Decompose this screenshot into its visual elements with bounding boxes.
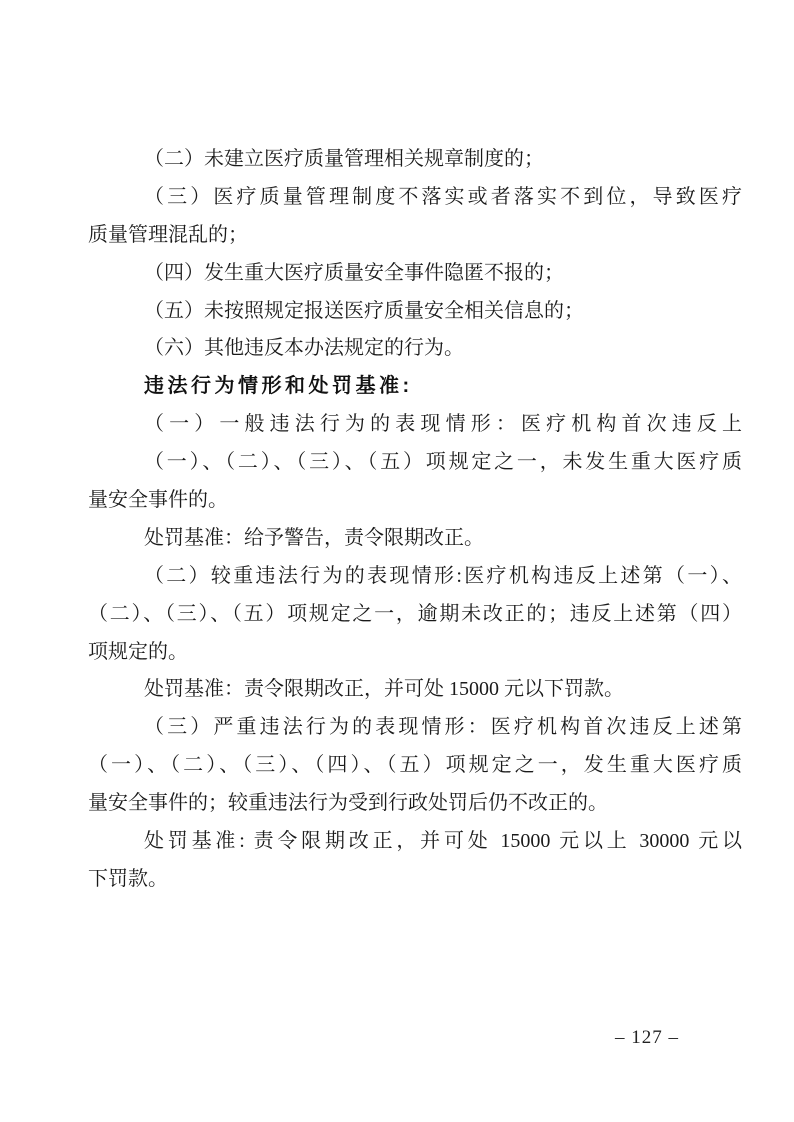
document-line: 量安全事件的；较重违法行为受到行政处罚后仍不改正的。 — [88, 785, 742, 823]
page-number: – 127 – — [607, 1026, 687, 1050]
text-block: （二）未建立医疗质量管理相关规章制度的； （三）医疗质量管理制度不落实或者落实不… — [88, 141, 742, 899]
document-line: 量安全事件的。 — [88, 482, 742, 520]
document-line: 质量管理混乱的； — [88, 217, 742, 255]
document-line: 下罚款。 — [88, 861, 742, 899]
section-heading: 违法行为情形和处罚基准: — [88, 368, 742, 406]
document-line: （一）、（二）、（三）、（四）、（五）项规定之一，发生重大医疗质 — [88, 747, 742, 785]
document-line: （三）医疗质量管理制度不落实或者落实不到位，导致医疗 — [88, 179, 742, 217]
document-line: 处罚基准: 责令限期改正，并可处 15000 元以上 30000 元以 — [88, 823, 742, 861]
document-line: 处罚基准：给予警告，责令限期改正。 — [88, 520, 742, 558]
document-line: （四）发生重大医疗质量安全事件隐匿不报的； — [88, 255, 742, 293]
document-line: （二）较重违法行为的表现情形:医疗机构违反上述第（一）、 — [88, 558, 742, 596]
document-line: 项规定的。 — [88, 634, 742, 672]
document-line: （六）其他违反本办法规定的行为。 — [88, 330, 742, 368]
document-line: （三）严重违法行为的表现情形：医疗机构首次违反上述第 — [88, 709, 742, 747]
document-line: 处罚基准：责令限期改正，并可处 15000 元以下罚款。 — [88, 671, 742, 709]
document-line: （五）未按照规定报送医疗质量安全相关信息的； — [88, 293, 742, 331]
document-line: （一）、（二）、（三）、（五）项规定之一，未发生重大医疗质 — [88, 444, 742, 482]
document-line: （一）一般违法行为的表现情形：医疗机构首次违反上 — [88, 406, 742, 444]
document-line: （二）未建立医疗质量管理相关规章制度的； — [88, 141, 742, 179]
document-line: （二）、（三）、（五）项规定之一，逾期未改正的；违反上述第（四） — [88, 596, 742, 634]
document-page: （二）未建立医疗质量管理相关规章制度的； （三）医疗质量管理制度不落实或者落实不… — [0, 0, 794, 1122]
